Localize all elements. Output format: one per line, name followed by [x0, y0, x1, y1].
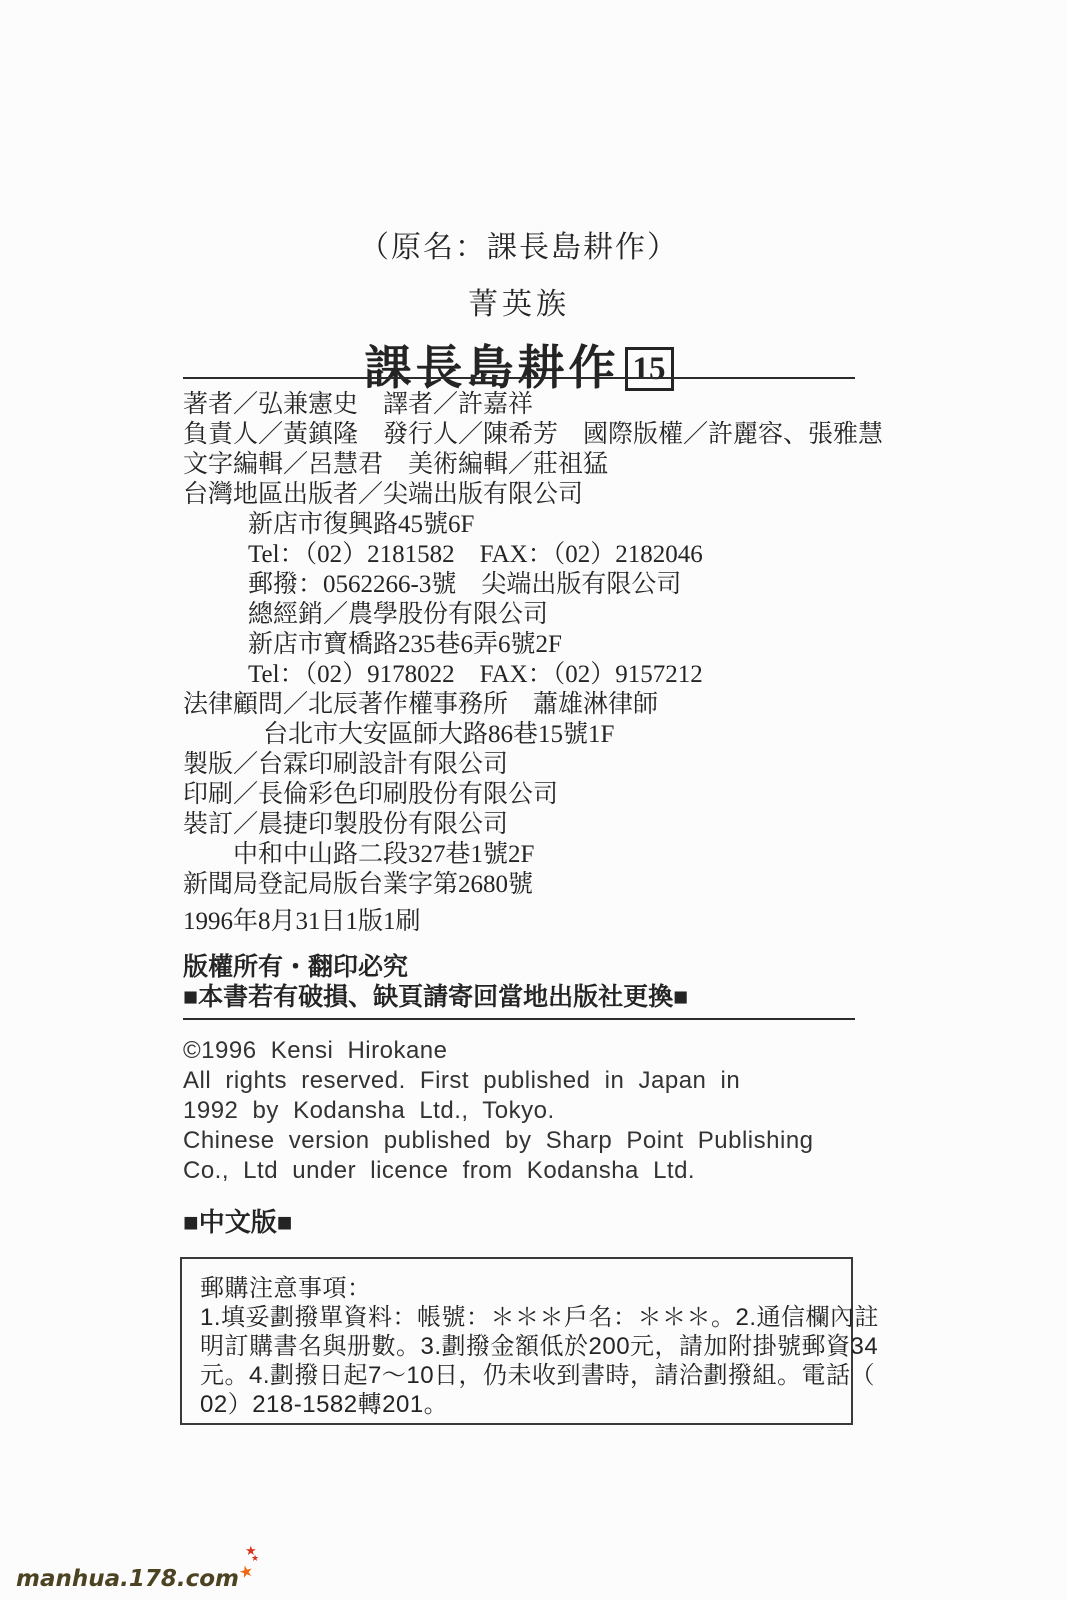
mail-order-box: 郵購注意事項： 1.填妥劃撥單資料：帳號：＊＊＊戶名：＊＊＊。2.通信欄內註 明… [180, 1257, 853, 1425]
colophon-line-registration: 新聞局登記局版台業字第2680號 [183, 870, 903, 900]
colophon-line-distributor-address: 新店市寶橋路235巷6弄6號2F [183, 630, 903, 660]
series-title: 菁英族 [183, 279, 855, 323]
colophon-line-distributor: 總經銷／農學股份有限公司 [183, 600, 903, 630]
colophon-line-editors: 文字編輯／呂慧君 美術編輯／莊祖猛 [183, 450, 903, 480]
colophon-line-publisher-tel-fax: Tel：（02）2181582 FAX：（02）2182046 [183, 540, 903, 570]
colophon-line-binding: 裝訂／晨捷印製股份有限公司 [183, 810, 903, 840]
mail-order-title: 郵購注意事項： [200, 1274, 841, 1303]
colophon-line-author: 著者／弘兼憲史 譯者／許嘉祥 [183, 390, 903, 420]
colophon-line-postal-account: 郵撥：0562266-3號 尖端出版有限公司 [183, 570, 903, 600]
watermark-text: manhua.178.com [16, 1566, 239, 1592]
divider-top [183, 377, 855, 379]
mail-order-line-3: 元。4.劃撥日起7～10日，仍未收到書時，請洽劃撥組。電話（ [200, 1361, 841, 1390]
original-title: （原名：課長島耕作） [183, 222, 855, 266]
main-title-text: 課長島耕作 [365, 343, 620, 395]
mail-order-line-2: 明訂購書名與册數。3.劃撥金額低於200元，請加附掛號郵資34 [200, 1332, 841, 1361]
colophon-block: 著者／弘兼憲史 譯者／許嘉祥 負責人／黃鎮隆 發行人／陳希芳 國際版權／許麗容、… [183, 390, 903, 900]
volume-box: 15 [625, 347, 674, 391]
colophon-line-distributor-tel-fax: Tel：（02）9178022 FAX：（02）9157212 [183, 660, 903, 690]
chinese-edition-mark: ■中文版■ [183, 1202, 292, 1239]
mail-order-line-1: 1.填妥劃撥單資料：帳號：＊＊＊戶名：＊＊＊。2.通信欄內註 [200, 1303, 841, 1332]
colophon-line-legal-advisor: 法律顧問／北辰著作權事務所 蕭雄淋律師 [183, 690, 903, 720]
damage-notice: ■本書若有破損、缺頁請寄回當地出版社更換■ [183, 977, 688, 1013]
license-line-copyright: ©1996 Kensi Hirokane [183, 1036, 883, 1066]
license-line-chinese-version: Chinese version published by Sharp Point… [183, 1126, 883, 1156]
title-block: （原名：課長島耕作） 菁英族 課長島耕作15 [183, 222, 855, 398]
colophon-line-plate-making: 製版／台霖印刷設計有限公司 [183, 750, 903, 780]
license-block: ©1996 Kensi Hirokane All rights reserved… [183, 1036, 883, 1186]
colophon-line-binding-address: 中和中山路二段327巷1號2F [183, 840, 903, 870]
license-line-kodansha: 1992 by Kodansha Ltd., Tokyo. [183, 1096, 883, 1126]
license-line-rights: All rights reserved. First published in … [183, 1066, 883, 1096]
star-icon: ★★★ [239, 1556, 261, 1586]
mail-order-line-4: 02）218-1582轉201。 [200, 1390, 841, 1419]
mail-order-content: 郵購注意事項： 1.填妥劃撥單資料：帳號：＊＊＊戶名：＊＊＊。2.通信欄內註 明… [182, 1259, 851, 1419]
main-title: 課長島耕作15 [183, 331, 855, 398]
colophon-line-publisher-address: 新店市復興路45號6F [183, 510, 903, 540]
colophon-line-publisher-people: 負責人／黃鎮隆 發行人／陳希芳 國際版權／許麗容、張雅慧 [183, 420, 903, 450]
edition-date: 1996年8月31日1版1刷 [183, 901, 421, 937]
colophon-page: （原名：課長島耕作） 菁英族 課長島耕作15 著者／弘兼憲史 譯者／許嘉祥 負責… [0, 0, 1067, 1600]
divider-bottom [183, 1018, 855, 1020]
watermark: manhua.178.com★★★ [16, 1556, 261, 1592]
colophon-line-legal-address: 台北市大安區師大路86巷15號1F [183, 720, 903, 750]
colophon-line-printing: 印刷／長倫彩色印刷股份有限公司 [183, 780, 903, 810]
colophon-line-taiwan-publisher: 台灣地區出版者／尖端出版有限公司 [183, 480, 903, 510]
license-line-licence: Co., Ltd under licence from Kodansha Ltd… [183, 1156, 883, 1186]
